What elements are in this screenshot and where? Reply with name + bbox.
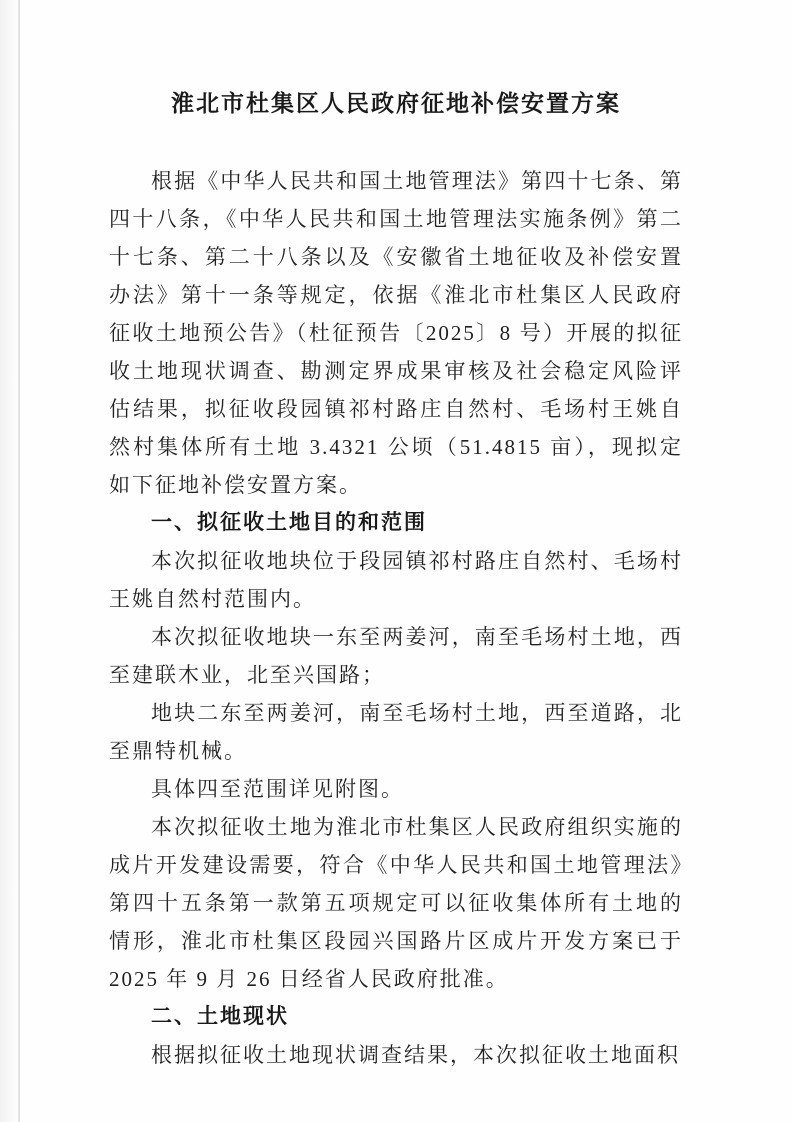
section-1-paragraph: 具体四至范围详见附图。 <box>109 770 683 808</box>
document-content: 淮北市杜集区人民政府征地补偿安置方案 根据《中华人民共和国土地管理法》第四十七条… <box>109 84 683 1074</box>
scan-edge-line <box>18 0 20 1122</box>
section-1-paragraph: 地块二东至两姜河，南至毛场村土地，西至道路，北至鼎特机械。 <box>109 694 683 770</box>
section-2-paragraph: 根据拟征收土地现状调查结果，本次拟征收土地面积 <box>109 1036 683 1074</box>
page-title: 淮北市杜集区人民政府征地补偿安置方案 <box>109 84 683 122</box>
section-1-paragraph: 本次拟征收地块一东至两姜河，南至毛场村土地，西至建联木业，北至兴国路； <box>109 618 683 694</box>
section-1-paragraph: 本次拟征收地块位于段园镇祁村路庄自然村、毛场村王姚自然村范围内。 <box>109 542 683 618</box>
section-1-heading: 一、拟征收土地目的和范围 <box>109 504 683 542</box>
paragraph-intro: 根据《中华人民共和国土地管理法》第四十七条、第四十八条，《中华人民共和国土地管理… <box>109 162 683 504</box>
document-page: 淮北市杜集区人民政府征地补偿安置方案 根据《中华人民共和国土地管理法》第四十七条… <box>0 0 793 1122</box>
section-1-paragraph: 本次拟征收土地为淮北市杜集区人民政府组织实施的成片开发建设需要，符合《中华人民共… <box>109 808 683 998</box>
section-2-heading: 二、土地现状 <box>109 998 683 1036</box>
